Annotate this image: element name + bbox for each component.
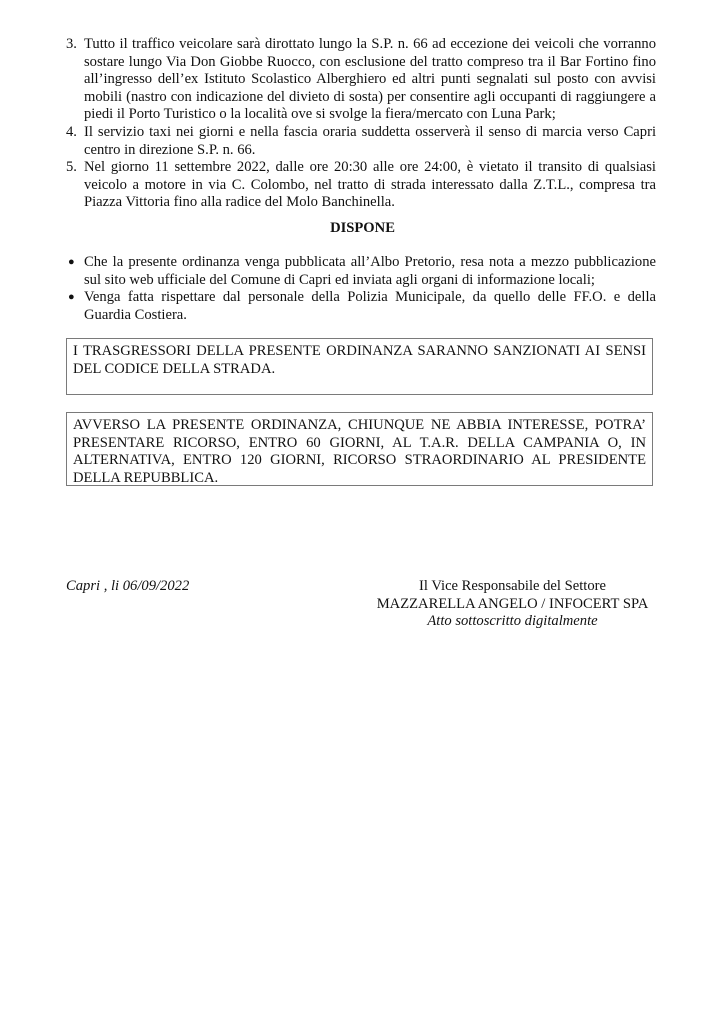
- section-heading: DISPONE: [0, 220, 725, 238]
- provision-text: Nel giorno 11 settembre 2022, dalle ore …: [84, 159, 656, 210]
- signer-role: Il Vice Responsabile del Settore: [360, 578, 665, 596]
- sanctions-notice-box: I TRASGRESSORI DELLA PRESENTE ORDINANZA …: [66, 338, 653, 395]
- digital-signature-note: Atto sottoscritto digitalmente: [360, 613, 665, 631]
- bullet-icon: ●: [68, 254, 75, 272]
- signature-block: Il Vice Responsabile del Settore MAZZARE…: [360, 578, 665, 631]
- provision-number: 4.: [66, 124, 77, 142]
- provision-item: 5. Nel giorno 11 settembre 2022, dalle o…: [66, 159, 656, 212]
- provision-number: 5.: [66, 159, 77, 177]
- appeal-notice-box: AVVERSO LA PRESENTE ORDINANZA, CHIUNQUE …: [66, 412, 653, 486]
- provision-text: Tutto il traffico veicolare sarà dirotta…: [84, 36, 656, 122]
- disposition-item: ● Che la presente ordinanza venga pubbli…: [66, 254, 656, 289]
- disposition-text: Venga fatta rispettare dal personale del…: [84, 289, 656, 323]
- disposition-item: ● Venga fatta rispettare dal personale d…: [66, 289, 656, 324]
- provision-item: 4. Il servizio taxi nei giorni e nella f…: [66, 124, 656, 159]
- provision-item: 3. Tutto il traffico veicolare sarà diro…: [66, 36, 656, 124]
- disposition-text: Che la presente ordinanza venga pubblica…: [84, 254, 656, 288]
- bullet-icon: ●: [68, 289, 75, 307]
- place-date: Capri , li 06/09/2022: [66, 578, 189, 596]
- dispositions-list: ● Che la presente ordinanza venga pubbli…: [66, 254, 656, 324]
- numbered-provisions-list: 3. Tutto il traffico veicolare sarà diro…: [66, 36, 656, 212]
- signer-name: MAZZARELLA ANGELO / INFOCERT SPA: [360, 596, 665, 614]
- provision-text: Il servizio taxi nei giorni e nella fasc…: [84, 124, 656, 158]
- provision-number: 3.: [66, 36, 77, 54]
